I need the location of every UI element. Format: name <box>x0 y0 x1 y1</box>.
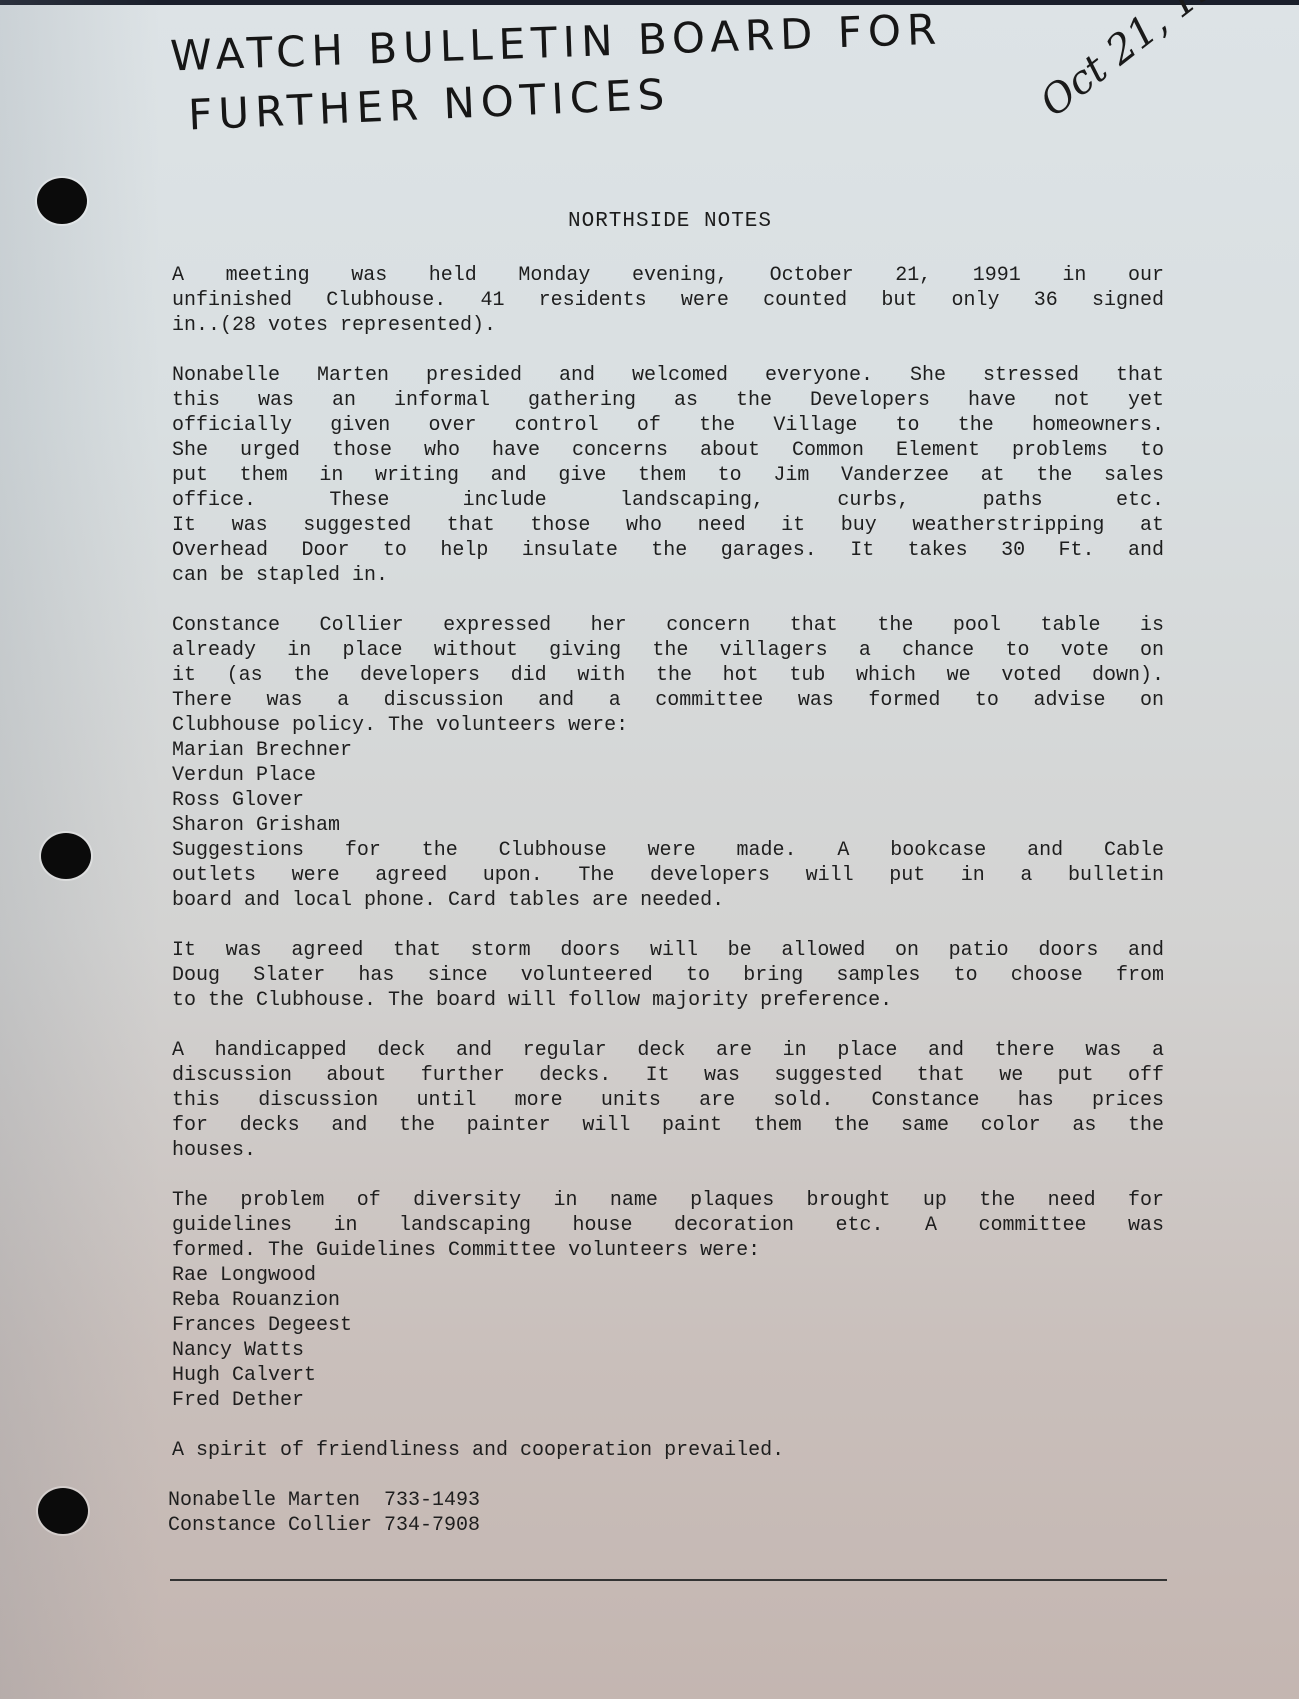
volunteer-name: Frances Degeest <box>172 1313 1164 1338</box>
volunteer-name: Marian Brechner <box>172 738 1164 763</box>
volunteer-name: Reba Rouanzion <box>172 1288 1164 1313</box>
text-line: outlets were agreed upon. The developers… <box>172 863 1164 888</box>
bottom-rule <box>170 1579 1167 1581</box>
text-line: A handicapped deck and regular deck are … <box>172 1038 1164 1063</box>
text-line: in..(28 votes represented). <box>172 313 1164 338</box>
punch-hole-bottom <box>38 1488 88 1534</box>
text-line: unfinished Clubhouse. 41 residents were … <box>172 288 1164 313</box>
paragraph: A handicapped deck and regular deck are … <box>172 1038 1164 1163</box>
text-line: board and local phone. Card tables are n… <box>172 888 1164 913</box>
text-line: for decks and the painter will paint the… <box>172 1113 1164 1138</box>
text-line: this discussion until more units are sol… <box>172 1088 1164 1113</box>
text-line: It was suggested that those who need it … <box>172 513 1164 538</box>
volunteer-name: Ross Glover <box>172 788 1164 813</box>
handwritten-note-line1: WATCH BULLETIN BOARD FOR <box>169 5 943 81</box>
paragraph: It was agreed that storm doors will be a… <box>172 938 1164 1013</box>
text-line: office. These include landscaping, curbs… <box>172 488 1164 513</box>
handwritten-date: Oct 21, 1991 <box>1032 0 1267 126</box>
contact-list: Nonabelle Marten 733-1493Constance Colli… <box>168 1488 1164 1538</box>
paragraph: Nonabelle Marten presided and welcomed e… <box>172 363 1164 588</box>
text-line: Doug Slater has since volunteered to bri… <box>172 963 1164 988</box>
volunteer-name: Hugh Calvert <box>172 1363 1164 1388</box>
paragraph: A spirit of friendliness and cooperation… <box>172 1438 1164 1463</box>
text-line: to the Clubhouse. The board will follow … <box>172 988 1164 1013</box>
paragraph: The problem of diversity in name plaques… <box>172 1188 1164 1413</box>
volunteer-name: Rae Longwood <box>172 1263 1164 1288</box>
document-body: A meeting was held Monday evening, Octob… <box>172 263 1164 1538</box>
text-line: houses. <box>172 1138 1164 1163</box>
text-line: The problem of diversity in name plaques… <box>172 1188 1164 1213</box>
contact-entry: Nonabelle Marten 733-1493 <box>168 1488 1164 1513</box>
text-line: guidelines in landscaping house decorati… <box>172 1213 1164 1238</box>
volunteer-name: Nancy Watts <box>172 1338 1164 1363</box>
contact-entry: Constance Collier 734-7908 <box>168 1513 1164 1538</box>
text-line: She urged those who have concerns about … <box>172 438 1164 463</box>
text-line: A meeting was held Monday evening, Octob… <box>172 263 1164 288</box>
text-line: officially given over control of the Vil… <box>172 413 1164 438</box>
punch-hole-middle <box>41 833 91 879</box>
text-line: It was agreed that storm doors will be a… <box>172 938 1164 963</box>
text-line: this was an informal gathering as the De… <box>172 388 1164 413</box>
volunteer-name: Verdun Place <box>172 763 1164 788</box>
text-line: put them in writing and give them to Jim… <box>172 463 1164 488</box>
volunteer-name: Sharon Grisham <box>172 813 1164 838</box>
text-line: it (as the developers did with the hot t… <box>172 663 1164 688</box>
text-line: A spirit of friendliness and cooperation… <box>172 1438 1164 1463</box>
text-line: Clubhouse policy. The volunteers were: <box>172 713 1164 738</box>
text-line: Nonabelle Marten presided and welcomed e… <box>172 363 1164 388</box>
text-line: already in place without giving the vill… <box>172 638 1164 663</box>
text-line: There was a discussion and a committee w… <box>172 688 1164 713</box>
text-line: Suggestions for the Clubhouse were made.… <box>172 838 1164 863</box>
photo-top-edge <box>0 0 1299 5</box>
paragraph: Constance Collier expressed her concern … <box>172 613 1164 913</box>
text-line: formed. The Guidelines Committee volunte… <box>172 1238 1164 1263</box>
text-line: Constance Collier expressed her concern … <box>172 613 1164 638</box>
document-title: NORTHSIDE NOTES <box>0 210 1299 233</box>
text-line: Overhead Door to help insulate the garag… <box>172 538 1164 563</box>
text-line: discussion about further decks. It was s… <box>172 1063 1164 1088</box>
text-line: can be stapled in. <box>172 563 1164 588</box>
paragraph: A meeting was held Monday evening, Octob… <box>172 263 1164 338</box>
handwritten-note-line2: FURTHER NOTICES <box>187 70 671 140</box>
volunteer-name: Fred Dether <box>172 1388 1164 1413</box>
